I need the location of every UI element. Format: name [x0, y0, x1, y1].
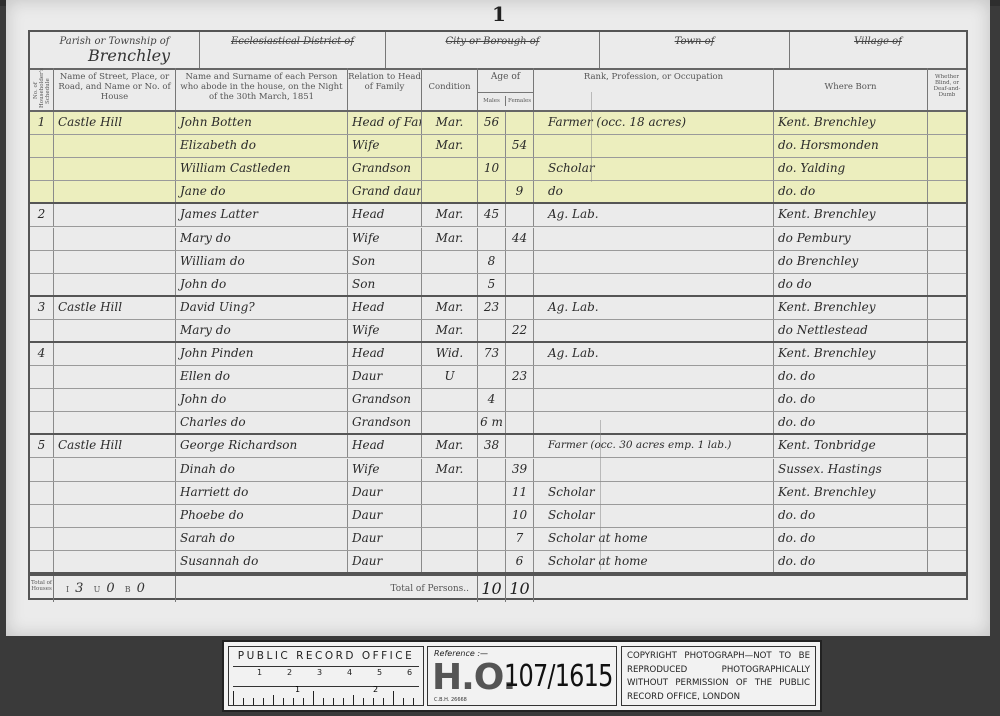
- person-name-cell: Harriett do: [176, 482, 348, 504]
- blind-deaf-cell: [928, 135, 966, 157]
- relation-cell: Grandson: [348, 412, 422, 433]
- person-name-cell: John do: [176, 274, 348, 295]
- age-female-cell: [506, 112, 534, 134]
- col-age: Age of Males Females: [478, 68, 534, 110]
- blind-deaf-cell: [928, 204, 966, 226]
- condition-cell: Mar.: [422, 112, 478, 134]
- building-count: 0: [137, 581, 145, 596]
- where-born-cell: do. Yalding: [774, 158, 928, 180]
- relation-cell: Daur: [348, 505, 422, 527]
- col-occupation: Rank, Profession, or Occupation: [534, 68, 774, 110]
- blind-deaf-cell: [928, 251, 966, 273]
- person-name-cell: John do: [176, 389, 348, 411]
- age-male-cell: 8: [478, 251, 506, 273]
- age-male-cell: 73: [478, 343, 506, 365]
- relation-cell: Head: [348, 204, 422, 226]
- house-totals: I3 U0 B0: [54, 576, 176, 602]
- age-female-cell: 6: [506, 551, 534, 572]
- where-born-cell: do Brenchley: [774, 251, 928, 273]
- blind-deaf-cell: [928, 297, 966, 319]
- blind-deaf-cell: [928, 158, 966, 180]
- relation-cell: Head: [348, 297, 422, 319]
- table-row: Charles doGrandson6 mdo. do: [30, 412, 966, 435]
- age-male-cell: [478, 459, 506, 481]
- table-row: John doGrandson4do. do: [30, 389, 966, 412]
- age-male-cell: 6 m: [478, 412, 506, 433]
- relation-cell: Grandson: [348, 389, 422, 411]
- occupation-cell: [534, 389, 774, 411]
- occupation-cell: Farmer (occ. 30 acres emp. 1 lab.): [534, 435, 774, 457]
- age-female-cell: 9: [506, 181, 534, 202]
- city-cell: City or Borough of: [386, 32, 600, 68]
- age-male-cell: 5: [478, 274, 506, 295]
- blind-deaf-cell: [928, 343, 966, 365]
- schedule-number-cell: [30, 135, 54, 157]
- reference-code: C.B.H. 26668: [434, 697, 467, 703]
- person-name-cell: Dinah do: [176, 459, 348, 481]
- reference-number: 107/1615: [504, 659, 613, 694]
- condition-cell: Mar.: [422, 435, 478, 457]
- street-name-cell: [54, 274, 176, 295]
- table-row: 5Castle HillGeorge RichardsonHeadMar.38F…: [30, 435, 966, 458]
- blind-deaf-cell: [928, 412, 966, 433]
- ruler-tick: [333, 698, 334, 705]
- occupation-cell: [534, 228, 774, 250]
- age-female-cell: 22: [506, 320, 534, 341]
- street-name-cell: [54, 389, 176, 411]
- schedule-number-cell: 2: [30, 204, 54, 226]
- table-row: Sarah doDaur7Scholar at homedo. do: [30, 528, 966, 551]
- column-header-row: No. of Householder's Schedule Name of St…: [30, 68, 966, 112]
- village-cell: Village of: [790, 32, 966, 68]
- occupation-cell: Ag. Lab.: [534, 343, 774, 365]
- condition-cell: Mar.: [422, 459, 478, 481]
- schedule-number-cell: 3: [30, 297, 54, 319]
- age-female-cell: 54: [506, 135, 534, 157]
- where-born-cell: do Pembury: [774, 228, 928, 250]
- relation-cell: Head: [348, 343, 422, 365]
- street-name-cell: [54, 181, 176, 202]
- occupation-cell: do: [534, 181, 774, 202]
- age-male-cell: [478, 181, 506, 202]
- where-born-cell: do. do: [774, 412, 928, 433]
- relation-cell: Daur: [348, 366, 422, 388]
- age-male-cell: [478, 551, 506, 572]
- table-row: 3Castle HillDavid Uing?HeadMar.23Ag. Lab…: [30, 297, 966, 320]
- office-title: PUBLIC RECORD OFFICE: [229, 650, 423, 662]
- schedule-number-cell: [30, 274, 54, 295]
- condition-cell: [422, 412, 478, 433]
- age-label: Age of: [478, 72, 533, 82]
- person-name-cell: George Richardson: [176, 435, 348, 457]
- person-name-cell: John Botten: [176, 112, 348, 134]
- street-name-cell: [54, 158, 176, 180]
- occupation-cell: Scholar at home: [534, 528, 774, 550]
- schedule-number-cell: 1: [30, 112, 54, 134]
- table-row: John doSon5do do: [30, 274, 966, 297]
- age-male-cell: 56: [478, 112, 506, 134]
- where-born-cell: Sussex. Hastings: [774, 459, 928, 481]
- total-houses-label: Total of Houses: [30, 576, 53, 592]
- street-name-cell: [54, 412, 176, 433]
- relation-cell: Son: [348, 251, 422, 273]
- copyright-notice: COPYRIGHT PHOTOGRAPH—NOT TO BE REPRODUCE…: [621, 646, 816, 706]
- ruler-tick: [263, 698, 264, 705]
- table-row: Elizabeth doWifeMar.54do. Horsmonden: [30, 135, 966, 158]
- person-name-cell: Mary do: [176, 228, 348, 250]
- ruler-tick: [243, 698, 244, 705]
- age-female-cell: [506, 412, 534, 433]
- col-relation: Relation to Head of Family: [348, 68, 422, 110]
- where-born-cell: do. do: [774, 366, 928, 388]
- where-born-cell: Kent. Brenchley: [774, 297, 928, 319]
- uninhabited-count: 0: [106, 581, 114, 596]
- condition-cell: [422, 389, 478, 411]
- age-female-cell: [506, 343, 534, 365]
- age-female-cell: 39: [506, 459, 534, 481]
- col-condition: Condition: [422, 68, 478, 110]
- blind-deaf-cell: [928, 181, 966, 202]
- where-born-cell: Kent. Brenchley: [774, 204, 928, 226]
- occupation-cell: Scholar: [534, 482, 774, 504]
- condition-cell: [422, 482, 478, 504]
- col-name: Name and Surname of each Person who abod…: [176, 68, 348, 110]
- age-male-cell: 38: [478, 435, 506, 457]
- age-male-cell: 45: [478, 204, 506, 226]
- blind-deaf-cell: [928, 366, 966, 388]
- person-name-cell: Phoebe do: [176, 505, 348, 527]
- town-cell: Town of: [600, 32, 790, 68]
- occupation-cell: Scholar: [534, 505, 774, 527]
- total-females: 10: [506, 576, 534, 602]
- col-males: Males: [478, 96, 506, 106]
- blind-deaf-cell: [928, 482, 966, 504]
- age-female-cell: 11: [506, 482, 534, 504]
- age-male-cell: [478, 482, 506, 504]
- person-name-cell: James Latter: [176, 204, 348, 226]
- where-born-cell: Kent. Brenchley: [774, 112, 928, 134]
- blind-deaf-cell: [928, 228, 966, 250]
- condition-cell: Mar.: [422, 135, 478, 157]
- person-name-cell: Charles do: [176, 412, 348, 433]
- page-number: 1: [492, 2, 506, 26]
- inhabited-count: 3: [75, 581, 83, 596]
- where-born-cell: do. do: [774, 528, 928, 550]
- ruler-tick: [283, 698, 284, 705]
- age-male-cell: [478, 228, 506, 250]
- age-female-cell: [506, 435, 534, 457]
- where-born-cell: do. Horsmonden: [774, 135, 928, 157]
- person-name-cell: Susannah do: [176, 551, 348, 572]
- occupation-cell: Scholar: [534, 158, 774, 180]
- census-form: Parish or Township of Brenchley Ecclesia…: [28, 30, 968, 600]
- table-row: Susannah doDaur6Scholar at homedo. do: [30, 551, 966, 574]
- schedule-number-cell: [30, 181, 54, 202]
- ruler-tick: [403, 698, 404, 705]
- table-row: Mary doWifeMar.44do Pembury: [30, 228, 966, 251]
- condition-cell: [422, 181, 478, 202]
- relation-cell: Wife: [348, 459, 422, 481]
- blind-deaf-cell: [928, 320, 966, 341]
- age-female-cell: 7: [506, 528, 534, 550]
- ruler-tick: [383, 698, 384, 705]
- table-row: Dinah doWifeMar.39Sussex. Hastings: [30, 459, 966, 482]
- table-row: Harriett doDaur11ScholarKent. Brenchley: [30, 482, 966, 505]
- col-schedule: No. of Householder's Schedule: [30, 68, 54, 110]
- ruler-tick: [273, 695, 274, 705]
- occupation-cell: [534, 274, 774, 295]
- blind-deaf-cell: [928, 459, 966, 481]
- street-name-cell: [54, 135, 176, 157]
- age-male-cell: 10: [478, 158, 506, 180]
- street-name-cell: Castle Hill: [54, 112, 176, 134]
- total-persons-label: Total of Persons..: [390, 584, 469, 594]
- blind-deaf-cell: [928, 389, 966, 411]
- town-label: Town of: [600, 36, 789, 47]
- blind-deaf-cell: [928, 505, 966, 527]
- schedule-number-cell: 5: [30, 435, 54, 457]
- ecclesiastical-label: Ecclesiastical District of: [200, 36, 385, 47]
- street-name-cell: Castle Hill: [54, 297, 176, 319]
- occupation-cell: [534, 251, 774, 273]
- ruler-tick: [363, 698, 364, 705]
- ruler-box: PUBLIC RECORD OFFICE 1 2 3 4 5 6 1 2: [228, 646, 424, 706]
- schedule-number-cell: 4: [30, 343, 54, 365]
- occupation-cell: Farmer (occ. 18 acres): [534, 112, 774, 134]
- person-name-cell: Jane do: [176, 181, 348, 202]
- parish-value: Brenchley: [88, 46, 170, 65]
- blind-deaf-cell: [928, 528, 966, 550]
- age-female-cell: [506, 274, 534, 295]
- age-male-cell: [478, 505, 506, 527]
- street-name-cell: [54, 482, 176, 504]
- age-female-cell: [506, 297, 534, 319]
- occupation-cell: [534, 135, 774, 157]
- street-name-cell: [54, 505, 176, 527]
- age-female-cell: [506, 389, 534, 411]
- parish-cell: Parish or Township of Brenchley: [30, 32, 200, 68]
- where-born-cell: Kent. Tonbridge: [774, 435, 928, 457]
- schedule-number-cell: [30, 528, 54, 550]
- relation-cell: Wife: [348, 320, 422, 341]
- occupation-cell: [534, 366, 774, 388]
- ruler-tick: [353, 695, 354, 705]
- occupation-cell: Ag. Lab.: [534, 204, 774, 226]
- age-male-cell: [478, 528, 506, 550]
- age-female-cell: [506, 251, 534, 273]
- pencil-mark: [591, 92, 592, 182]
- relation-cell: Grand daur: [348, 181, 422, 202]
- table-row: 4John PindenHeadWid.73Ag. Lab.Kent. Bren…: [30, 343, 966, 366]
- condition-cell: U: [422, 366, 478, 388]
- occupation-cell: [534, 412, 774, 433]
- condition-cell: Mar.: [422, 297, 478, 319]
- table-row: Jane doGrand daur9dodo. do: [30, 181, 966, 204]
- ruler-tick: [323, 698, 324, 705]
- condition-cell: [422, 251, 478, 273]
- person-name-cell: Ellen do: [176, 366, 348, 388]
- occupation-cell: [534, 459, 774, 481]
- relation-cell: Son: [348, 274, 422, 295]
- condition-cell: [422, 528, 478, 550]
- condition-cell: [422, 551, 478, 572]
- person-name-cell: David Uing?: [176, 297, 348, 319]
- street-name-cell: [54, 228, 176, 250]
- relation-cell: Wife: [348, 228, 422, 250]
- blind-deaf-cell: [928, 551, 966, 572]
- table-row: Mary doWifeMar.22do Nettlestead: [30, 320, 966, 343]
- street-name-cell: [54, 343, 176, 365]
- schedule-number-cell: [30, 505, 54, 527]
- ruler-tick: [253, 698, 254, 705]
- table-row: 1Castle HillJohn BottenHead of FamMar.56…: [30, 112, 966, 135]
- schedule-number-cell: [30, 320, 54, 341]
- table-row: William CastledenGrandson10Scholardo. Ya…: [30, 158, 966, 181]
- occupation-cell: Scholar at home: [534, 551, 774, 572]
- schedule-number-cell: [30, 366, 54, 388]
- ruler-tick: [343, 698, 344, 705]
- age-female-cell: 10: [506, 505, 534, 527]
- col-blind: Whether Blind, or Deaf-and-Dumb: [928, 68, 966, 110]
- condition-cell: Mar.: [422, 228, 478, 250]
- table-row: Ellen doDaurU23do. do: [30, 366, 966, 389]
- city-label: City or Borough of: [386, 36, 599, 47]
- schedule-number-cell: [30, 251, 54, 273]
- where-born-cell: do. do: [774, 505, 928, 527]
- condition-cell: [422, 505, 478, 527]
- age-male-cell: [478, 366, 506, 388]
- ruler-tick: [373, 698, 374, 705]
- occupation-cell: Ag. Lab.: [534, 297, 774, 319]
- relation-cell: Daur: [348, 551, 422, 572]
- where-born-cell: do. do: [774, 389, 928, 411]
- totals-row: Total of Houses I3 U0 B0 Total of Person…: [30, 574, 966, 602]
- schedule-number-cell: [30, 459, 54, 481]
- ecclesiastical-cell: Ecclesiastical District of: [200, 32, 386, 68]
- person-name-cell: William do: [176, 251, 348, 273]
- occupation-cell: [534, 320, 774, 341]
- schedule-number-cell: [30, 412, 54, 433]
- street-name-cell: [54, 459, 176, 481]
- relation-cell: Head of Fam: [348, 112, 422, 134]
- relation-cell: Grandson: [348, 158, 422, 180]
- table-row: 2James LatterHeadMar.45Ag. Lab.Kent. Bre…: [30, 204, 966, 227]
- street-name-cell: Castle Hill: [54, 435, 176, 457]
- age-male-cell: 23: [478, 297, 506, 319]
- relation-cell: Daur: [348, 528, 422, 550]
- where-born-cell: do Nettlestead: [774, 320, 928, 341]
- table-row: William doSon8do Brenchley: [30, 251, 966, 274]
- col-street: Name of Street, Place, or Road, and Name…: [54, 68, 176, 110]
- street-name-cell: [54, 251, 176, 273]
- condition-cell: [422, 274, 478, 295]
- condition-cell: Mar.: [422, 320, 478, 341]
- person-name-cell: Elizabeth do: [176, 135, 348, 157]
- where-born-cell: do. do: [774, 181, 928, 202]
- ruler-tick: [413, 698, 414, 705]
- age-female-cell: 23: [506, 366, 534, 388]
- ruler-ticks: 1 2: [233, 687, 419, 705]
- person-name-cell: William Castleden: [176, 158, 348, 180]
- schedule-number-cell: [30, 158, 54, 180]
- ruler-tick: [303, 698, 304, 705]
- ruler-tick: [233, 691, 234, 705]
- where-born-cell: do do: [774, 274, 928, 295]
- age-female-cell: [506, 204, 534, 226]
- ruler-tick: [393, 691, 394, 705]
- street-name-cell: [54, 204, 176, 226]
- ruler-inches: 1 2 3 4 5 6: [233, 666, 419, 687]
- age-female-cell: [506, 158, 534, 180]
- condition-cell: Wid.: [422, 343, 478, 365]
- col-where-born: Where Born: [774, 68, 928, 110]
- where-born-cell: Kent. Brenchley: [774, 482, 928, 504]
- schedule-number-cell: [30, 482, 54, 504]
- age-female-cell: 44: [506, 228, 534, 250]
- relation-cell: Daur: [348, 482, 422, 504]
- pencil-mark: [600, 420, 601, 570]
- person-name-cell: John Pinden: [176, 343, 348, 365]
- reference-box: Reference :— H.O. 107/1615 C.B.H. 26668: [427, 646, 617, 706]
- blind-deaf-cell: [928, 274, 966, 295]
- blind-deaf-cell: [928, 112, 966, 134]
- where-born-cell: Kent. Brenchley: [774, 343, 928, 365]
- table-row: Phoebe doDaur10Scholardo. do: [30, 505, 966, 528]
- age-male-cell: [478, 135, 506, 157]
- col-females: Females: [506, 96, 533, 106]
- street-name-cell: [54, 320, 176, 341]
- district-row: Parish or Township of Brenchley Ecclesia…: [30, 32, 966, 70]
- ruler-tick: [293, 698, 294, 705]
- street-name-cell: [54, 551, 176, 572]
- relation-cell: Head: [348, 435, 422, 457]
- street-name-cell: [54, 528, 176, 550]
- blind-deaf-cell: [928, 435, 966, 457]
- schedule-number-cell: [30, 228, 54, 250]
- relation-cell: Wife: [348, 135, 422, 157]
- person-name-cell: Sarah do: [176, 528, 348, 550]
- age-male-cell: 4: [478, 389, 506, 411]
- schedule-number-cell: [30, 551, 54, 572]
- record-office-strip: PUBLIC RECORD OFFICE 1 2 3 4 5 6 1 2 Ref…: [222, 640, 822, 712]
- condition-cell: Mar.: [422, 204, 478, 226]
- reference-prefix: H.O.: [432, 657, 515, 698]
- where-born-cell: do. do: [774, 551, 928, 572]
- total-males: 10: [478, 576, 506, 602]
- ruler-tick: [313, 691, 314, 705]
- village-label: Village of: [790, 36, 966, 47]
- street-name-cell: [54, 366, 176, 388]
- person-name-cell: Mary do: [176, 320, 348, 341]
- condition-cell: [422, 158, 478, 180]
- age-male-cell: [478, 320, 506, 341]
- schedule-number-cell: [30, 389, 54, 411]
